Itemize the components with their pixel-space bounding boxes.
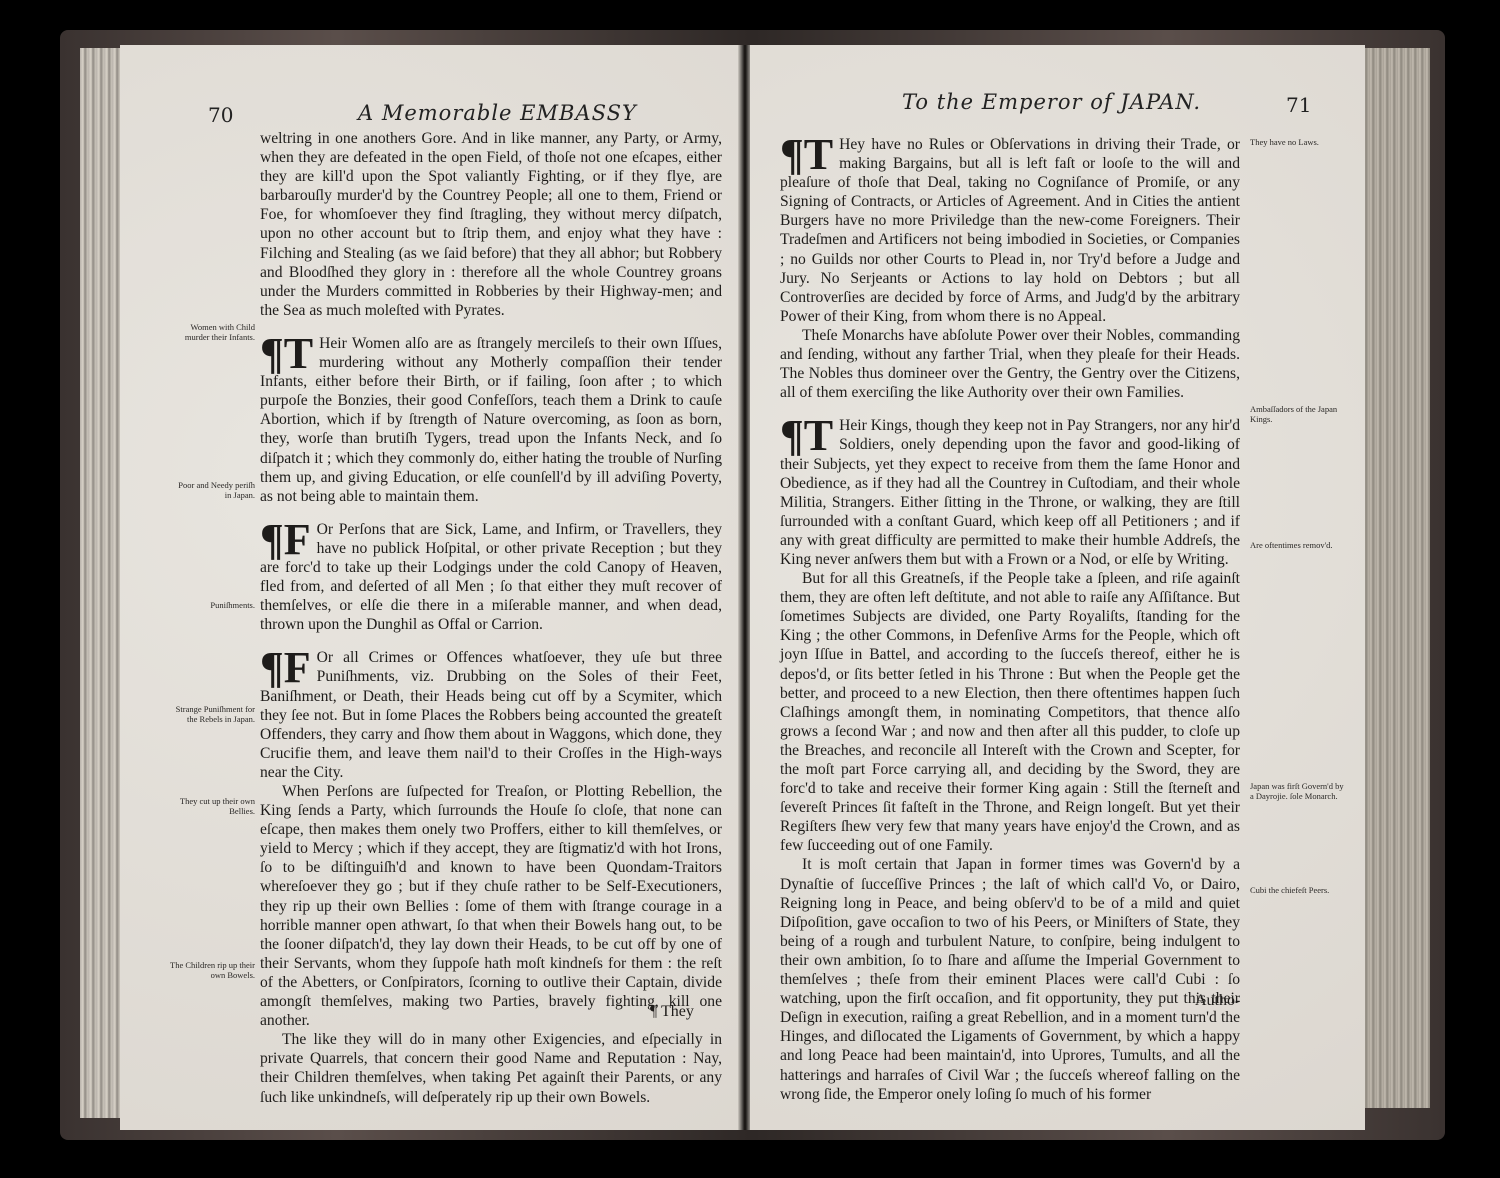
drop-cap: ¶T — [780, 137, 833, 173]
drop-cap: ¶T — [260, 336, 313, 372]
paragraph: When Perſons are ſuſpected for Treaſon, … — [260, 782, 722, 1030]
paragraph: ¶F Or all Crimes or Offences whatſoever,… — [260, 648, 722, 782]
pilcrow-icon: ¶ — [260, 329, 284, 378]
paragraph: It is moſt certain that Japan in former … — [780, 855, 1240, 1103]
drop-cap: ¶F — [260, 650, 311, 686]
right-page: To the Emperor of JAPAN. 71 ¶T Hey have … — [750, 45, 1365, 1130]
pilcrow-icon: ¶ — [780, 130, 804, 179]
running-head: To the Emperor of JAPAN. — [902, 90, 1201, 114]
margin-note: Women with Child murder their Infants. — [170, 322, 255, 342]
paragraph: But for all this Greatneſs, if the Peopl… — [780, 569, 1240, 855]
margin-note: Strange Puniſhment for the Rebels in Jap… — [170, 704, 255, 724]
margin-note: Japan was firſt Govern'd by a Dayrojie. … — [1250, 781, 1345, 801]
running-head: A Memorable EMBASSY — [358, 101, 637, 125]
paragraph: The like they will do in many other Exig… — [260, 1030, 722, 1106]
paragraph: ¶T Heir Kings, though they keep not in P… — [780, 416, 1240, 569]
margin-note: The Children rip up their own Bowels. — [170, 960, 255, 980]
paragraph: Theſe Monarchs have abſolute Power over … — [780, 326, 1240, 402]
catchword: Autho- — [1195, 992, 1240, 1010]
margin-note: They have no Laws. — [1250, 137, 1345, 147]
right-page-edges — [1355, 48, 1430, 1108]
right-body-text: ¶T Hey have no Rules or Obſervations in … — [780, 135, 1240, 1104]
drop-cap: ¶T — [780, 418, 833, 454]
drop-cap: ¶F — [260, 522, 311, 558]
pilcrow-icon: ¶ — [260, 643, 284, 692]
paragraph: ¶T Hey have no Rules or Obſervations in … — [780, 135, 1240, 326]
margin-note: Cubi the chiefeſt Peers. — [1250, 885, 1345, 895]
margin-note: Poor and Needy periſh in Japan. — [170, 480, 255, 500]
margin-note: Are oftentimes remov'd. — [1250, 540, 1345, 550]
page-number: 71 — [1286, 93, 1311, 117]
margin-note: Ambaſſadors of the Japan Kings. — [1250, 404, 1345, 424]
left-body-text: weltring in one anothers Gore. And in li… — [260, 129, 722, 1107]
left-page: 70 A Memorable EMBASSY weltring in one a… — [120, 45, 740, 1130]
paragraph: ¶F Or Perſons that are Sick, Lame, and I… — [260, 520, 722, 635]
pilcrow-icon: ¶ — [260, 515, 284, 564]
paragraph: weltring in one anothers Gore. And in li… — [260, 129, 722, 320]
catchword: ¶ They — [650, 1003, 694, 1021]
margin-note: Puniſhments. — [170, 600, 255, 610]
page-number: 70 — [208, 103, 233, 127]
paragraph: ¶T Heir Women alſo are as ſtrangely merc… — [260, 334, 722, 506]
pilcrow-icon: ¶ — [780, 411, 804, 460]
margin-note: They cut up their own Bellies. — [170, 796, 255, 816]
